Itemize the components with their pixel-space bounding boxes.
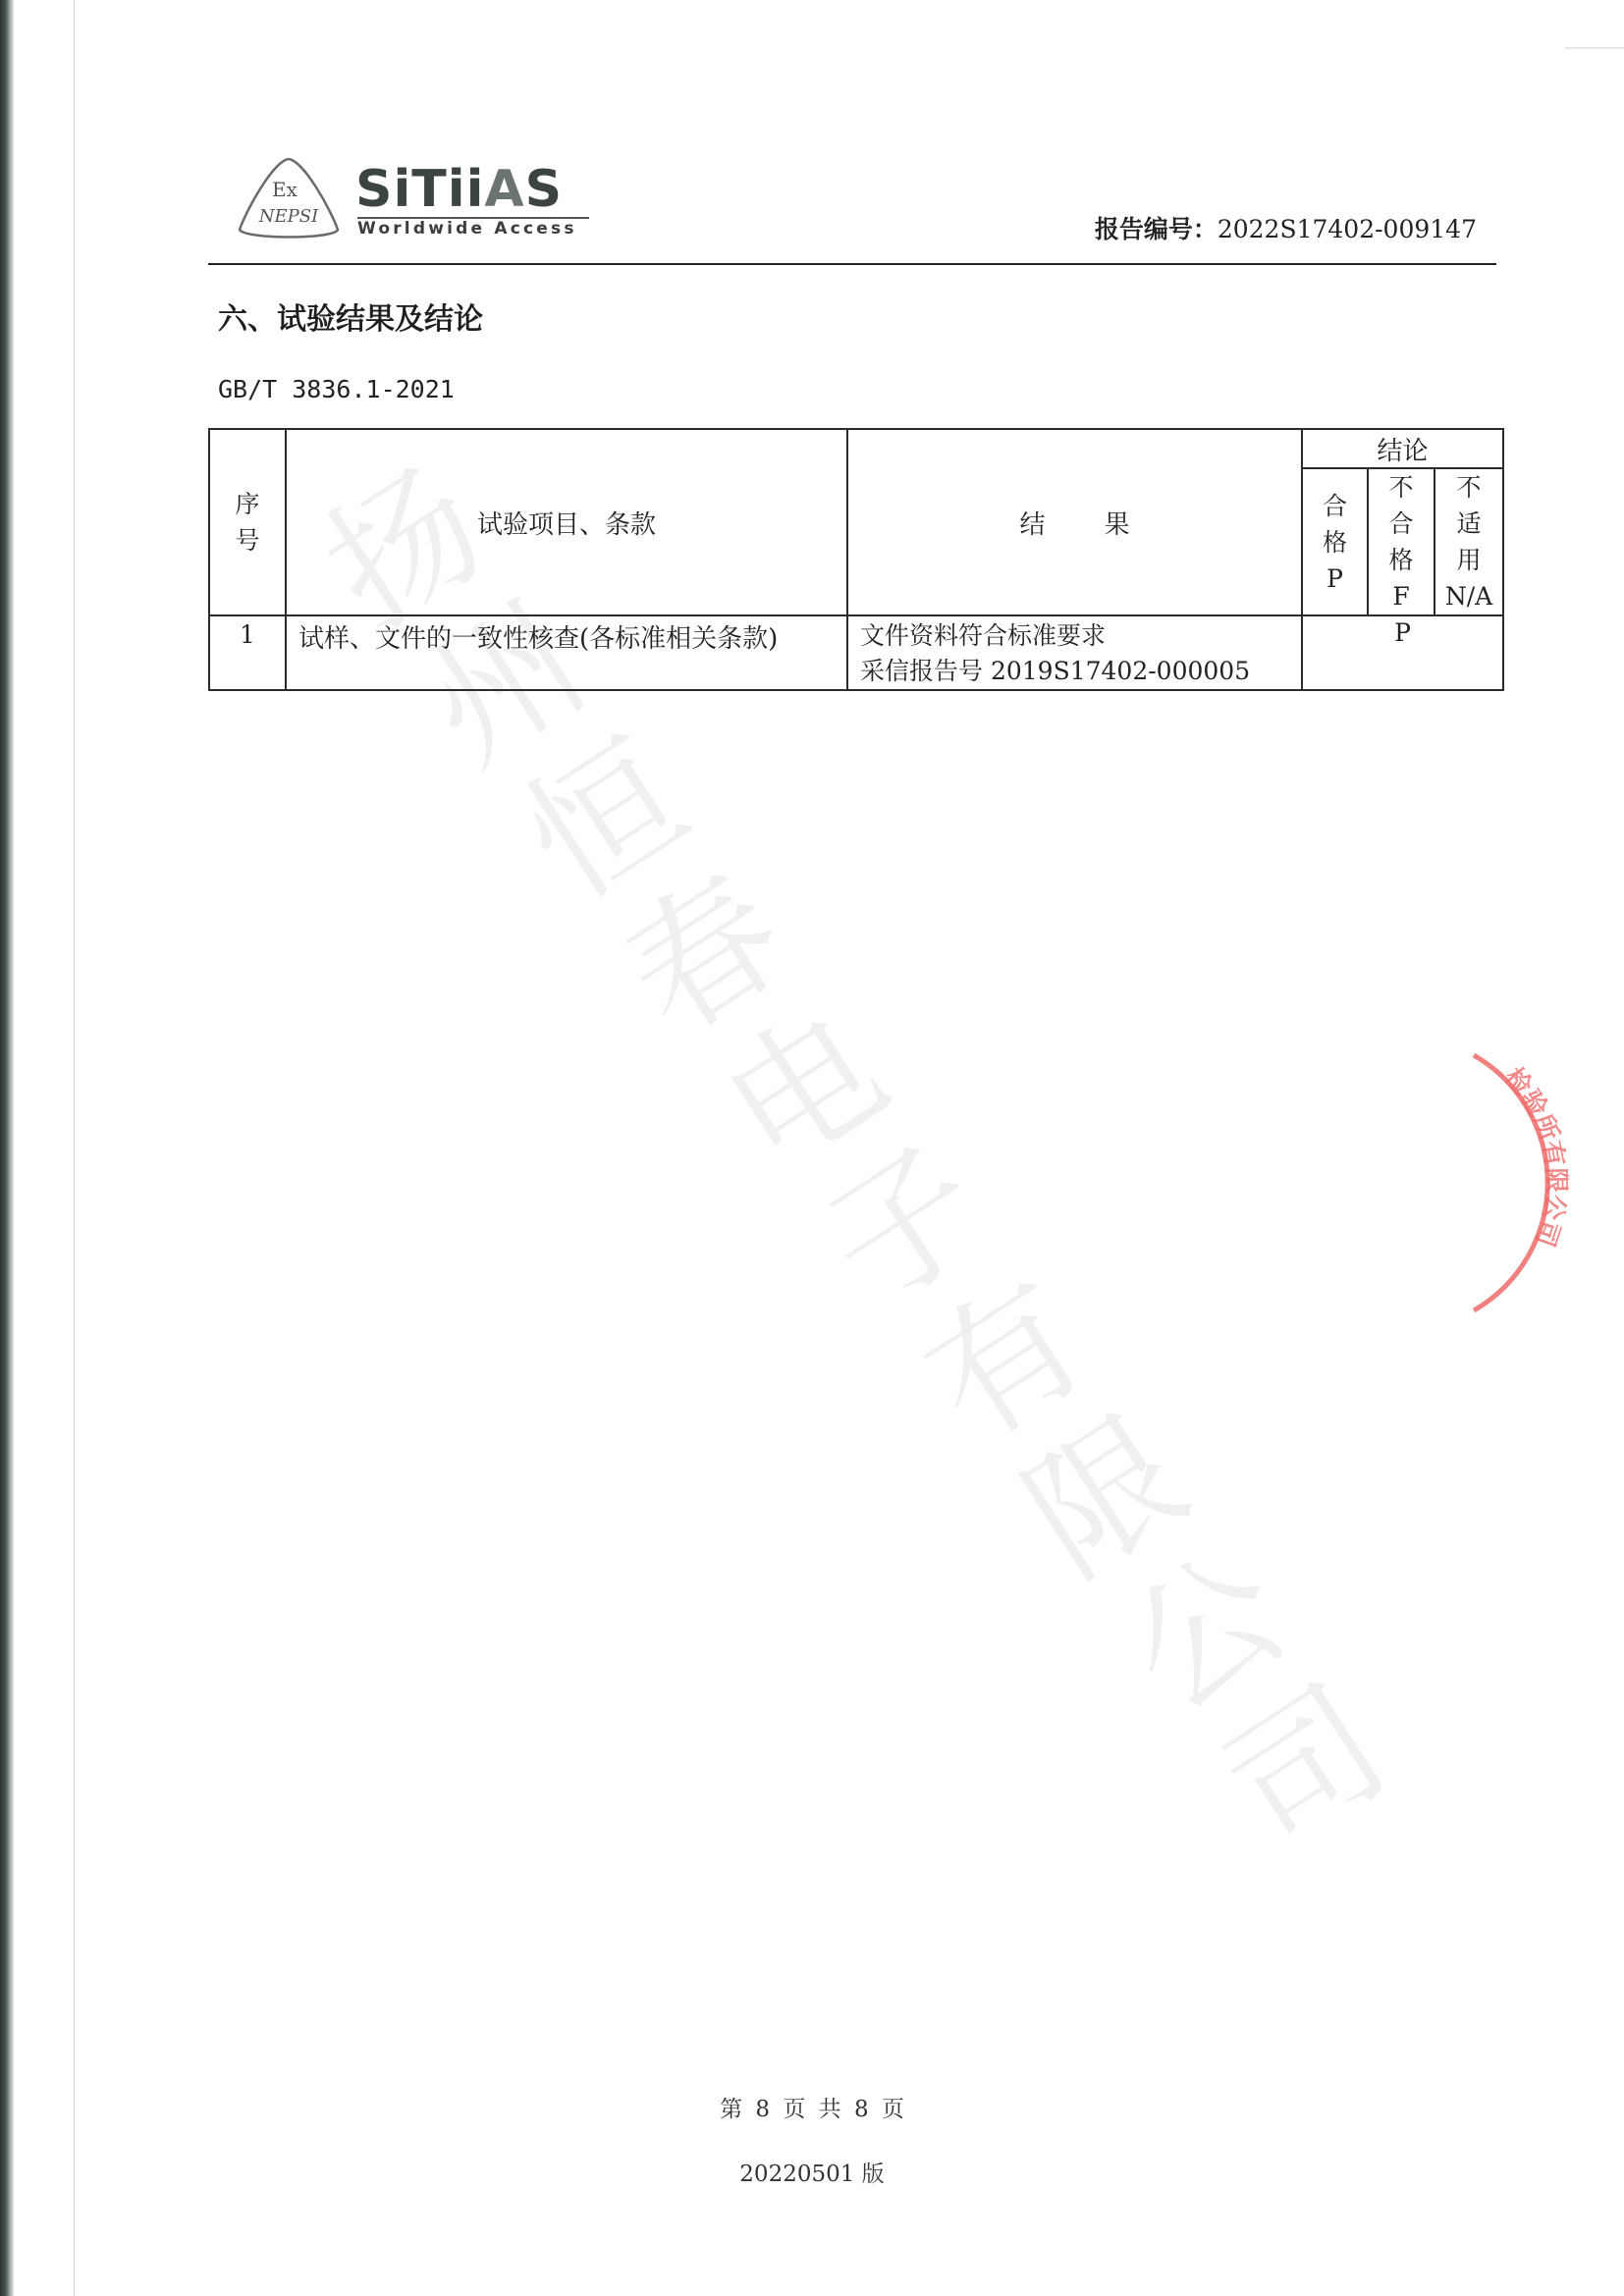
watermark-char: 司 (1179, 1629, 1418, 1887)
svg-text:NEPSI: NEPSI (258, 206, 319, 227)
row-result-line1: 文件资料符合标准要求 (860, 618, 1301, 654)
scan-artifact-mark (1565, 47, 1624, 49)
row-result-line2: 采信报告号 2019S17402-000005 (860, 654, 1301, 689)
sitiias-wordmark: SiTiiAS (355, 162, 563, 217)
svg-text:检验所有限公司: 检验所有限公司 (1498, 1062, 1570, 1250)
row-seq: 1 (209, 615, 286, 690)
table-row: 1 试样、文件的一致性核查(各标准相关条款) 文件资料符合标准要求 采信报告号 … (209, 615, 1503, 690)
watermark-char: 公 (1079, 1493, 1318, 1751)
results-table: 序号 试验项目、条款 结果 结论 合格P 不合格F 不适用N/A 1 试样、文件… (208, 428, 1504, 691)
row-verdict: P (1302, 615, 1503, 690)
report-number: 报告编号：2022S17402-009147 (1095, 210, 1477, 245)
report-number-value: 2022S17402-009147 (1218, 215, 1477, 243)
header-fail: 不合格F (1368, 468, 1435, 615)
row-result: 文件资料符合标准要求 采信报告号 2019S17402-000005 (847, 615, 1302, 690)
watermark-char: 电 (678, 951, 917, 1209)
row-item: 试样、文件的一致性核查(各标准相关条款) (286, 615, 847, 690)
header-result: 结果 (847, 429, 1302, 615)
header-na: 不适用N/A (1435, 468, 1503, 615)
header-divider (208, 263, 1496, 265)
watermark-char: 有 (879, 1222, 1117, 1480)
header-item: 试验项目、条款 (286, 429, 847, 615)
scan-artifact-line (74, 0, 75, 2296)
scan-edge-left (0, 0, 14, 2296)
watermark-char: 限 (979, 1358, 1218, 1616)
page-number: 第 8 页 共 8 页 (0, 2091, 1624, 2123)
header-conclusion: 结论 (1302, 429, 1503, 468)
header-seq: 序号 (209, 429, 286, 615)
company-seal-stamp: 检验所有限公司 (1469, 1045, 1606, 1320)
svg-text:Ex: Ex (272, 178, 298, 201)
sitiias-logo: SiTiiAS Worldwide Access (355, 162, 591, 240)
nepsi-logo-icon: Ex NEPSI (236, 155, 342, 245)
header-pass: 合格P (1302, 468, 1368, 615)
standard-reference: GB/T 3836.1-2021 (218, 375, 455, 403)
watermark-char: 子 (779, 1087, 1017, 1345)
document-version: 20220501 版 (0, 2156, 1624, 2188)
section-title: 六、试验结果及结论 (218, 294, 483, 338)
report-number-label: 报告编号： (1095, 215, 1218, 243)
watermark-char: 恒 (478, 680, 717, 938)
logo-tagline: Worldwide Access (357, 219, 577, 239)
watermark-char: 春 (578, 816, 817, 1074)
